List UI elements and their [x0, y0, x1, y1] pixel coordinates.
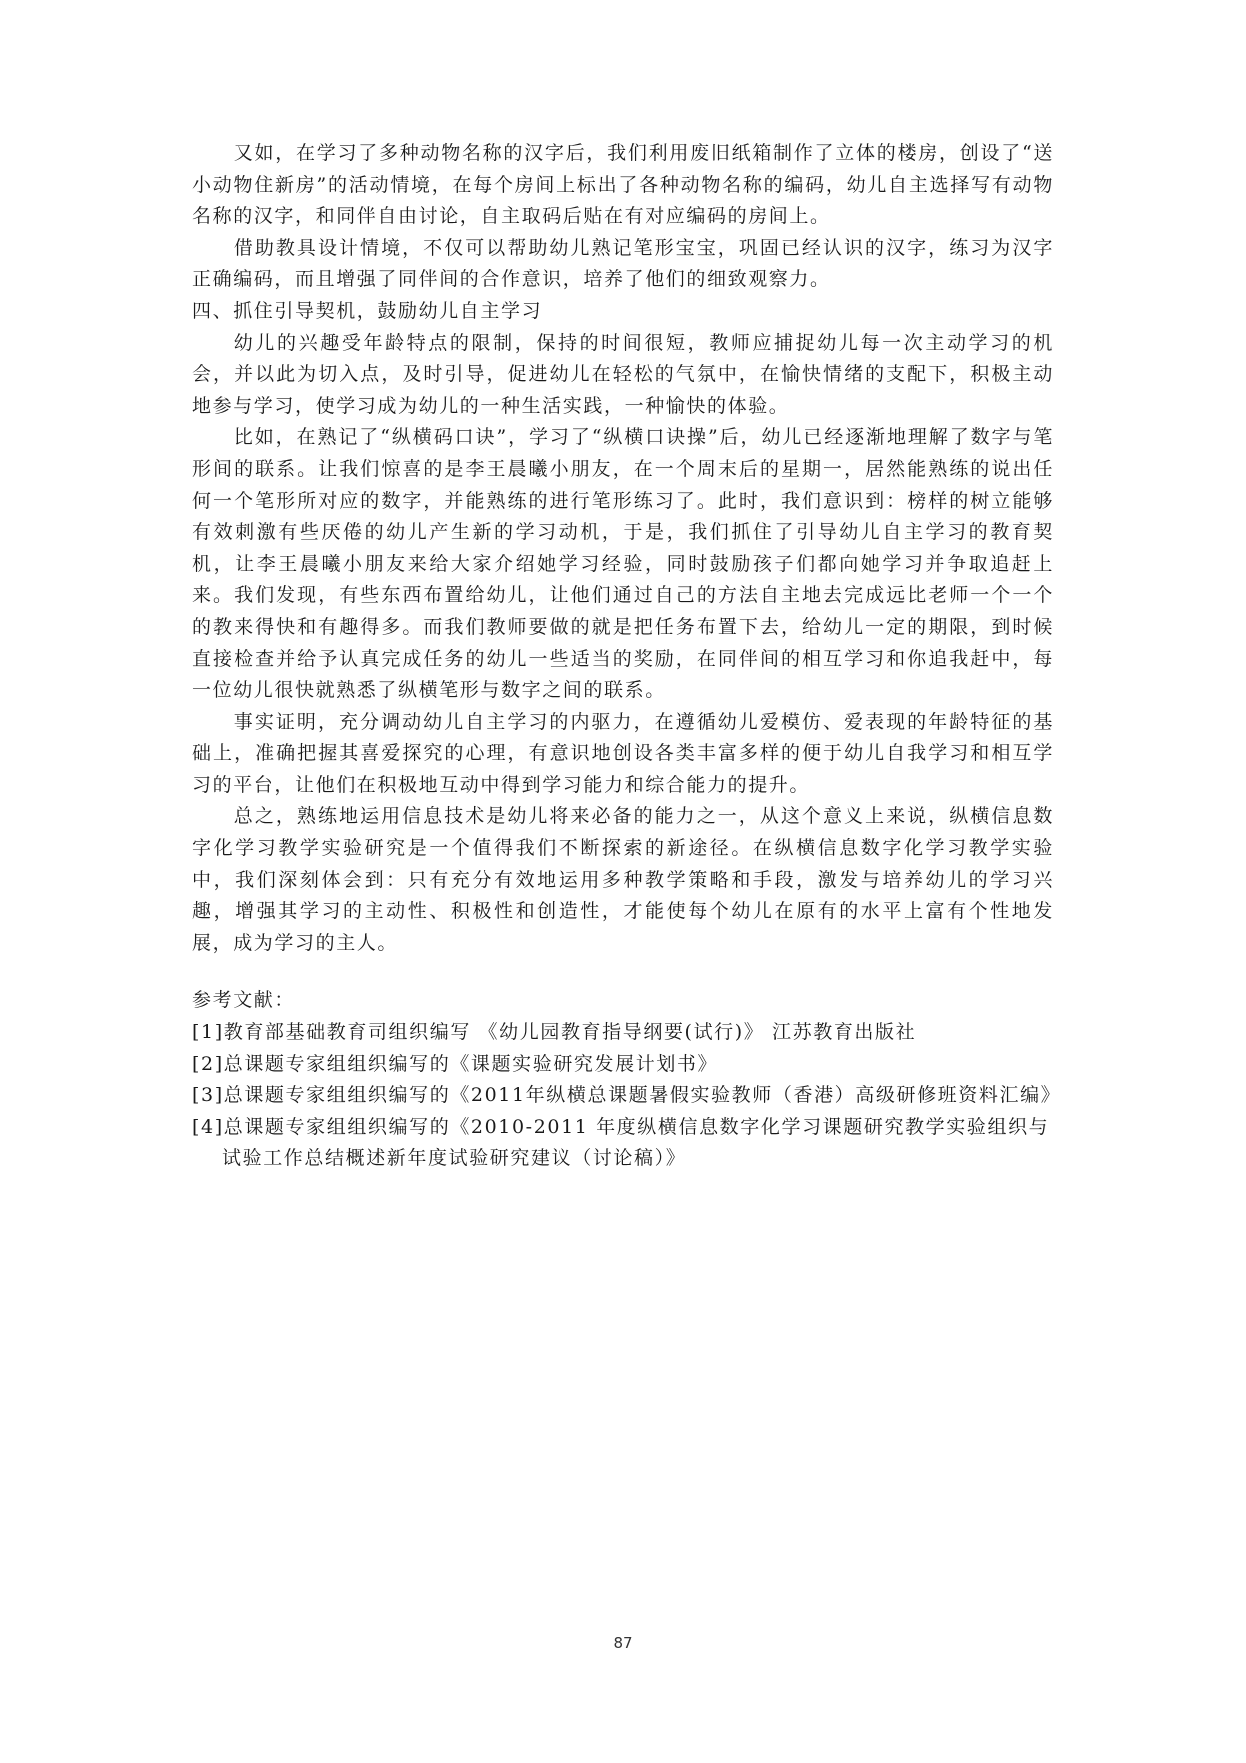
body-paragraph: 总之，熟练地运用信息技术是幼儿将来必备的能力之一，从这个意义上来说，纵横信息数字… [192, 801, 1054, 959]
body-paragraph: 比如，在熟记了“纵横码口诀”，学习了“纵横口诀操”后，幼儿已经逐渐地理解了数字与… [192, 422, 1054, 706]
references-title: 参考文献： [192, 985, 1054, 1017]
references-list: [1]教育部基础教育司组织编写 《幼儿园教育指导纲要(试行)》 江苏教育出版社 … [192, 1017, 1054, 1175]
document-page: 又如，在学习了多种动物名称的汉字后，我们利用废旧纸箱制作了立体的楼房，创设了“送… [192, 138, 1054, 1175]
body-paragraph: 又如，在学习了多种动物名称的汉字后，我们利用废旧纸箱制作了立体的楼房，创设了“送… [192, 138, 1054, 233]
page-number: 87 [0, 1634, 1246, 1652]
reference-item: [1]教育部基础教育司组织编写 《幼儿园教育指导纲要(试行)》 江苏教育出版社 [192, 1017, 1054, 1049]
section-heading: 四、抓住引导契机，鼓励幼儿自主学习 [192, 296, 1054, 328]
body-paragraph: 幼儿的兴趣受年龄特点的限制，保持的时间很短，教师应捕捉幼儿每一次主动学习的机会，… [192, 328, 1054, 423]
reference-item: [2]总课题专家组组织编写的《课题实验研究发展计划书》 [192, 1049, 1054, 1081]
body-paragraph: 事实证明，充分调动幼儿自主学习的内驱力，在遵循幼儿爱模仿、爱表现的年龄特征的基础… [192, 707, 1054, 802]
reference-item: [4]总课题专家组组织编写的《2010-2011 年度纵横信息数字化学习课题研究… [192, 1112, 1054, 1175]
body-paragraph: 借助教具设计情境，不仅可以帮助幼儿熟记笔形宝宝，巩固已经认识的汉字，练习为汉字正… [192, 233, 1054, 296]
reference-item: [3]总课题专家组组织编写的《2011年纵横总课题暑假实验教师（香港）高级研修班… [192, 1080, 1054, 1112]
